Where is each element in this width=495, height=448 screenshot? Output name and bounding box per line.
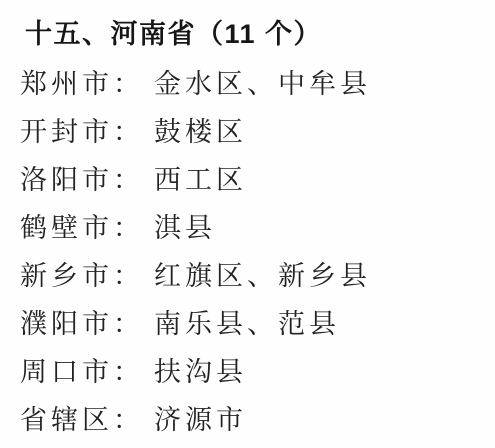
- section-title: 十五、河南省（11 个）: [25, 14, 475, 54]
- district-value: 淇县: [154, 204, 216, 252]
- list-item-shengxiaqu: 省辖区： 济源市: [20, 396, 475, 444]
- district-value: 红旗区、新乡县: [154, 252, 371, 300]
- city-district-list: 郑州市： 金水区、中牟县 开封市： 鼓楼区 洛阳市： 西工区 鹤壁市： 淇县 新…: [20, 60, 475, 444]
- district-value: 西工区: [154, 156, 247, 204]
- city-label: 周口市：: [20, 348, 144, 396]
- list-item-luoyang: 洛阳市： 西工区: [20, 156, 475, 204]
- district-value: 扶沟县: [154, 348, 247, 396]
- district-value: 南乐县、范县: [154, 300, 340, 348]
- list-item-xinxiang: 新乡市： 红旗区、新乡县: [20, 252, 475, 300]
- city-label: 鹤壁市：: [20, 204, 144, 252]
- district-value: 济源市: [154, 396, 247, 444]
- list-item-kaifeng: 开封市： 鼓楼区: [20, 108, 475, 156]
- list-item-puyang: 濮阳市： 南乐县、范县: [20, 300, 475, 348]
- district-value: 金水区、中牟县: [154, 60, 371, 108]
- document-page: 十五、河南省（11 个） 郑州市： 金水区、中牟县 开封市： 鼓楼区 洛阳市： …: [0, 0, 495, 448]
- city-label: 省辖区：: [20, 396, 144, 444]
- city-label: 濮阳市：: [20, 300, 144, 348]
- city-label: 开封市：: [20, 108, 144, 156]
- list-item-zhengzhou: 郑州市： 金水区、中牟县: [20, 60, 475, 108]
- city-label: 郑州市：: [20, 60, 144, 108]
- city-label: 新乡市：: [20, 252, 144, 300]
- district-value: 鼓楼区: [154, 108, 247, 156]
- list-item-zhoukou: 周口市： 扶沟县: [20, 348, 475, 396]
- list-item-hebi: 鹤壁市： 淇县: [20, 204, 475, 252]
- city-label: 洛阳市：: [20, 156, 144, 204]
